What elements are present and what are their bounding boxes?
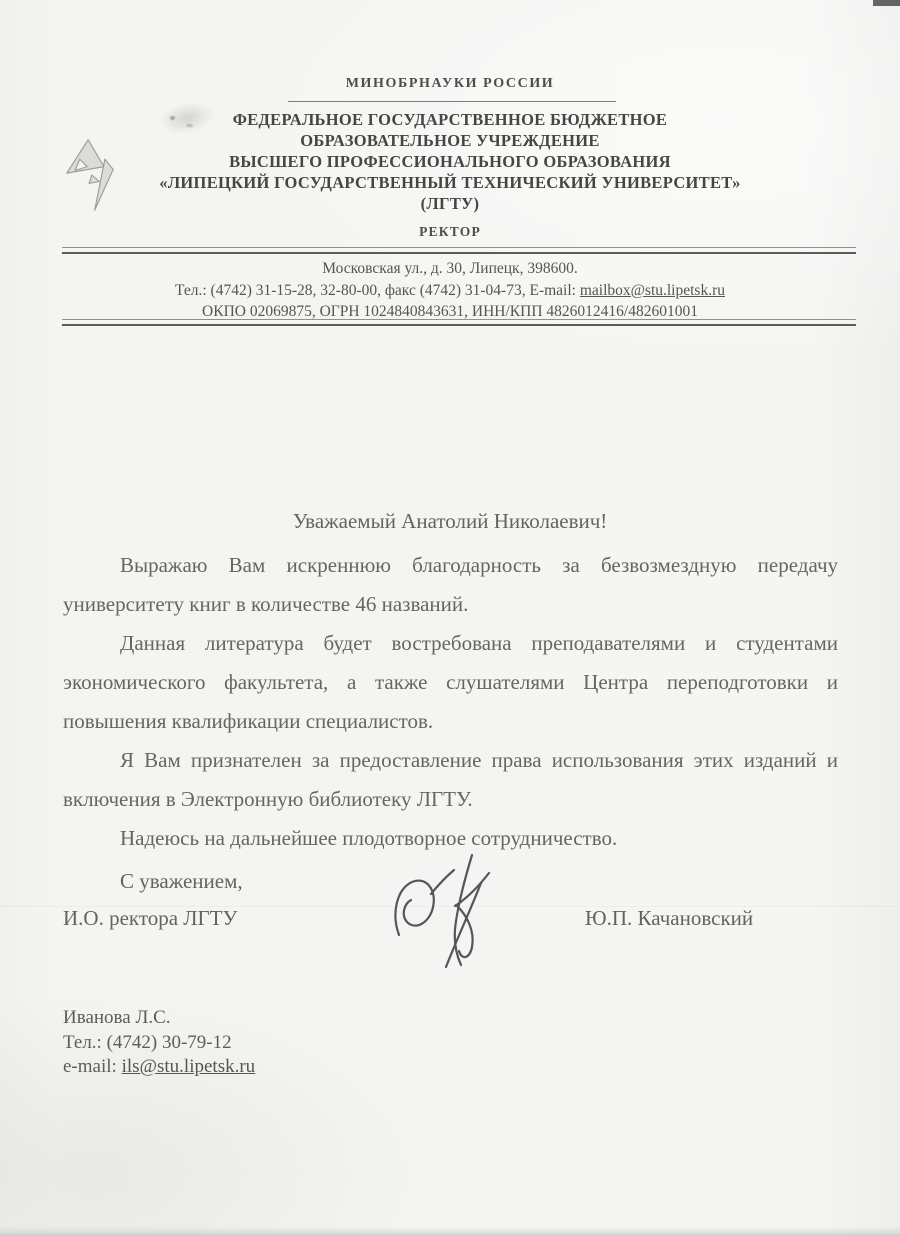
contact-email-line: e-mail: ils@stu.lipetsk.ru [63,1055,255,1080]
university-email-link[interactable]: mailbox@stu.lipetsk.ru [580,282,725,299]
contact-person-name: Иванова Л.С. [63,1006,255,1031]
org-name-line: ОБРАЗОВАТЕЛЬНОЕ УЧРЕЖДЕНИЕ [0,130,900,151]
handwritten-signature [386,849,514,971]
org-abbreviation: (ЛГТУ) [0,193,900,214]
contact-phone: Тел.: (4742) 30-79-12 [63,1031,255,1056]
phone-fax-line: Тел.: (4742) 31-15-28, 32-80-00, факс (4… [0,280,900,302]
body-line: университету книг в количестве 46 назван… [63,585,838,624]
letterhead-rule-bottom [62,319,856,326]
email-label: e-mail: [63,1056,122,1077]
page-bottom-edge [0,1226,900,1236]
letterhead-rule-top [62,247,856,254]
body-line: Я Вам признателен за предоставление прав… [63,741,838,780]
body-line: повышения квалификации специалистов. [63,702,838,741]
letter-body: Выражаю Вам искреннюю благодарность за б… [63,546,838,858]
rector-label: РЕКТОР [0,224,900,240]
scanner-edge-mark [873,0,900,6]
body-line: включения в Электронную библиотеку ЛГТУ. [63,780,838,819]
scanned-letter-page: МИНОБРНАУКИ РОССИИ ФЕДЕРАЛЬНОЕ ГОСУДАРСТ… [0,0,900,1236]
address-line: Московская ул., д. 30, Липецк, 398600. [0,258,900,280]
org-name-line: ВЫСШЕГО ПРОФЕССИОНАЛЬНОГО ОБРАЗОВАНИЯ [0,151,900,172]
phone-fax-text: Тел.: (4742) 31-15-28, 32-80-00, факс (4… [175,282,580,299]
signer-position: И.О. ректора ЛГТУ [63,906,237,931]
organization-name: ФЕДЕРАЛЬНОЕ ГОСУДАРСТВЕННОЕ БЮДЖЕТНОЕ ОБ… [0,109,900,214]
signer-name: Ю.П. Качановский [585,906,753,931]
ministry-name: МИНОБРНАУКИ РОССИИ [0,76,900,92]
contact-email-link[interactable]: ils@stu.lipetsk.ru [122,1056,256,1077]
body-line: Выражаю Вам искреннюю благодарность за б… [63,546,838,585]
body-line: Данная литература будет востребована пре… [63,624,838,663]
body-line: экономического факультета, а также слуша… [63,663,838,702]
org-name-line: ФЕДЕРАЛЬНОЕ ГОСУДАРСТВЕННОЕ БЮДЖЕТНОЕ [0,109,900,130]
org-name-line: «ЛИПЕЦКИЙ ГОСУДАРСТВЕННЫЙ ТЕХНИЧЕСКИЙ УН… [0,172,900,193]
closing-phrase: С уважением, [120,869,243,894]
executor-contact-block: Иванова Л.С. Тел.: (4742) 30-79-12 e-mai… [63,1006,255,1080]
ministry-underline [288,101,616,102]
salutation: Уважаемый Анатолий Николаевич! [0,509,900,534]
letterhead-contacts: Московская ул., д. 30, Липецк, 398600. Т… [0,258,900,323]
